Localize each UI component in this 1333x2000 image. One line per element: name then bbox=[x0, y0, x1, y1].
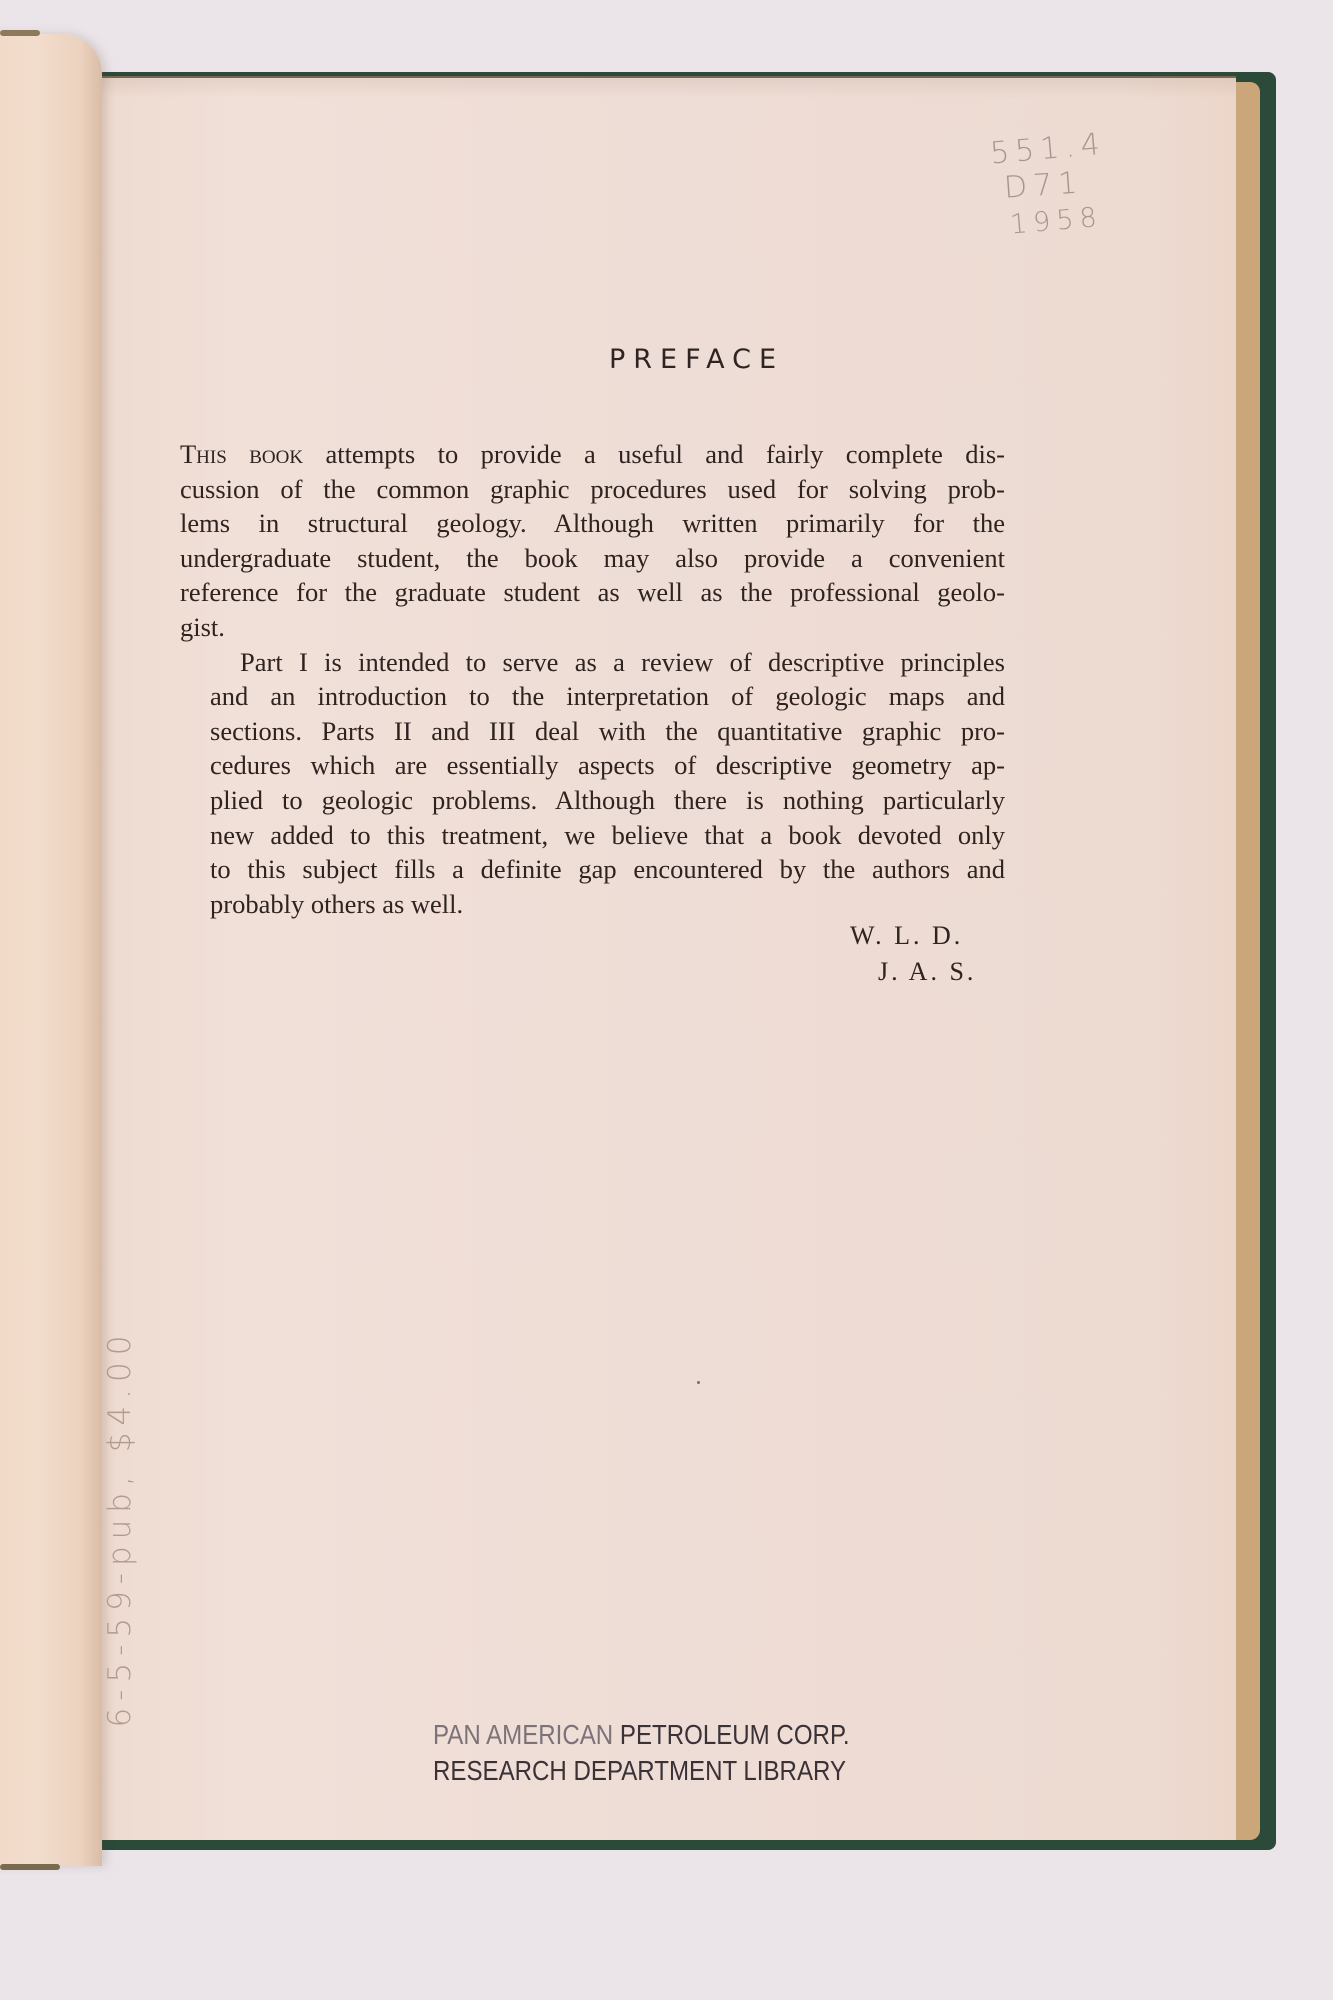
page-top-shadow bbox=[100, 78, 1236, 98]
text-line: and an introduction to the interpretatio… bbox=[180, 679, 1005, 714]
text-line: plied to geologic problems. Although the… bbox=[180, 783, 1005, 818]
left-page-top-edge bbox=[0, 30, 40, 36]
left-page-bottom-edge bbox=[0, 1864, 60, 1870]
small-caps-lead: This book bbox=[180, 439, 303, 469]
text-line: This book attempts to provide a useful a… bbox=[180, 437, 1005, 472]
right-page bbox=[100, 76, 1236, 1840]
text-line: reference for the graduate student as we… bbox=[180, 575, 1005, 610]
text-line: probably others as well. bbox=[180, 887, 1005, 922]
author-initials: W. L. D. J. A. S. bbox=[850, 918, 990, 990]
author-initials-1: W. L. D. bbox=[850, 918, 990, 954]
left-facing-page bbox=[0, 34, 102, 1866]
stamp-line-2: RESEARCH DEPARTMENT LIBRARY bbox=[433, 1753, 850, 1789]
text-line: Part I is intended to serve as a review … bbox=[180, 645, 1005, 680]
page-title: PREFACE bbox=[0, 344, 1333, 375]
paragraph-1: This book attempts to provide a useful a… bbox=[180, 437, 1005, 645]
paper-speck bbox=[697, 1381, 700, 1384]
library-stamp: PAN AMERICAN PETROLEUM CORP. RESEARCH DE… bbox=[433, 1717, 850, 1789]
text-line: to this subject fills a definite gap enc… bbox=[180, 852, 1005, 887]
author-initials-2: J. A. S. bbox=[850, 954, 990, 990]
text-line: sections. Parts II and III deal with the… bbox=[180, 714, 1005, 749]
text-line: undergraduate student, the book may also… bbox=[180, 541, 1005, 576]
pencil-margin-note: 6-5-59-pub, $4.00 bbox=[102, 1288, 138, 1768]
text-line: cussion of the common graphic procedures… bbox=[180, 472, 1005, 507]
paragraph-2: Part I is intended to serve as a review … bbox=[180, 645, 1005, 922]
text-line: gist. bbox=[180, 610, 1005, 645]
preface-body: This book attempts to provide a useful a… bbox=[180, 437, 1005, 921]
text-line: cedures which are essentially aspects of… bbox=[180, 748, 1005, 783]
text-line: lems in structural geology. Although wri… bbox=[180, 506, 1005, 541]
stamp-line-1: PAN AMERICAN PETROLEUM CORP. bbox=[433, 1717, 850, 1753]
text-line: new added to this treatment, we believe … bbox=[180, 818, 1005, 853]
pencil-call-number: 551.4 D71 1958 bbox=[990, 130, 1140, 238]
